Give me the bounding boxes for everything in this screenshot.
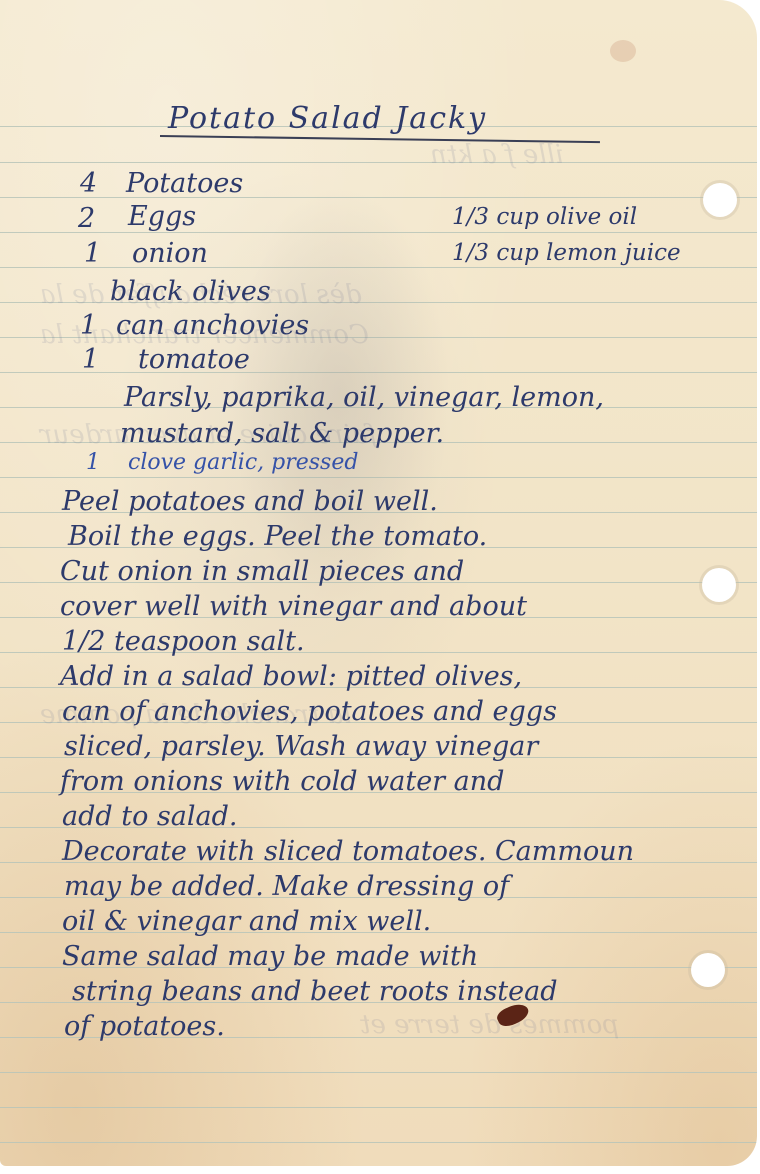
instruction-line: may be added. Make dressing of	[64, 873, 509, 900]
instruction-line: Same salad may be made with	[62, 943, 478, 970]
ingredient-qty: 1	[82, 346, 99, 373]
ingredient-qty: 1	[80, 312, 97, 339]
instruction-line: can of anchovies, potatoes and eggs	[62, 698, 557, 725]
ruled-line	[0, 1072, 757, 1073]
bleed-through-text: ille f a ktn	[430, 140, 563, 170]
dressing-ingredient: 1/3 cup lemon juice	[452, 242, 681, 265]
ingredient-item: tomatoe	[138, 346, 250, 373]
recipe-card: ille f a ktn dès lors réchauffer de la C…	[0, 0, 757, 1166]
ingredient-item: onion	[132, 240, 208, 267]
recipe-title: Potato Salad Jacky	[168, 104, 487, 134]
ingredient-item: mustard, salt & pepper.	[120, 420, 444, 447]
ingredient-item: clove garlic, pressed	[128, 452, 358, 474]
instruction-line: of potatoes.	[64, 1013, 225, 1040]
dressing-ingredient: 1/3 cup olive oil	[452, 206, 637, 229]
instruction-line: Boil the eggs. Peel the tomato.	[68, 523, 487, 550]
instruction-line: Add in a salad bowl: pitted olives,	[60, 663, 522, 690]
instruction-line: Cut onion in small pieces and	[60, 558, 464, 585]
age-spot	[610, 40, 636, 62]
instruction-line: 1/2 teaspoon salt.	[62, 628, 305, 655]
bleed-through-text: pommes de terre et	[360, 1010, 619, 1040]
binder-hole	[691, 953, 725, 987]
ruled-line	[0, 1142, 757, 1143]
ruled-line	[0, 162, 757, 163]
instruction-line: sliced, parsley. Wash away vinegar	[64, 733, 538, 760]
ingredient-qty: 1	[84, 240, 101, 267]
ingredient-item: Parsly, paprika, oil, vinegar, lemon,	[124, 384, 604, 411]
ingredient-qty: 4	[80, 170, 97, 197]
ingredient-item: Potatoes	[126, 170, 243, 197]
ingredient-qty: 1	[86, 452, 100, 474]
binder-hole	[703, 183, 737, 217]
ingredient-item: can anchovies	[116, 312, 309, 339]
instruction-line: string beans and beet roots instead	[72, 978, 558, 1005]
ruled-line	[0, 1107, 757, 1108]
ingredient-item: black olives	[110, 278, 271, 305]
instruction-line: add to salad.	[62, 803, 238, 830]
instruction-line: Decorate with sliced tomatoes. Cammoun	[62, 838, 634, 865]
instruction-line: cover well with vinegar and about	[60, 593, 527, 620]
ingredient-qty: 2	[78, 205, 95, 232]
instruction-line: from onions with cold water and	[60, 768, 504, 795]
instruction-line: oil & vinegar and mix well.	[62, 908, 431, 935]
binder-hole	[702, 568, 736, 602]
instruction-line: Peel potatoes and boil well.	[62, 488, 438, 515]
ingredient-item: Eggs	[128, 203, 196, 230]
